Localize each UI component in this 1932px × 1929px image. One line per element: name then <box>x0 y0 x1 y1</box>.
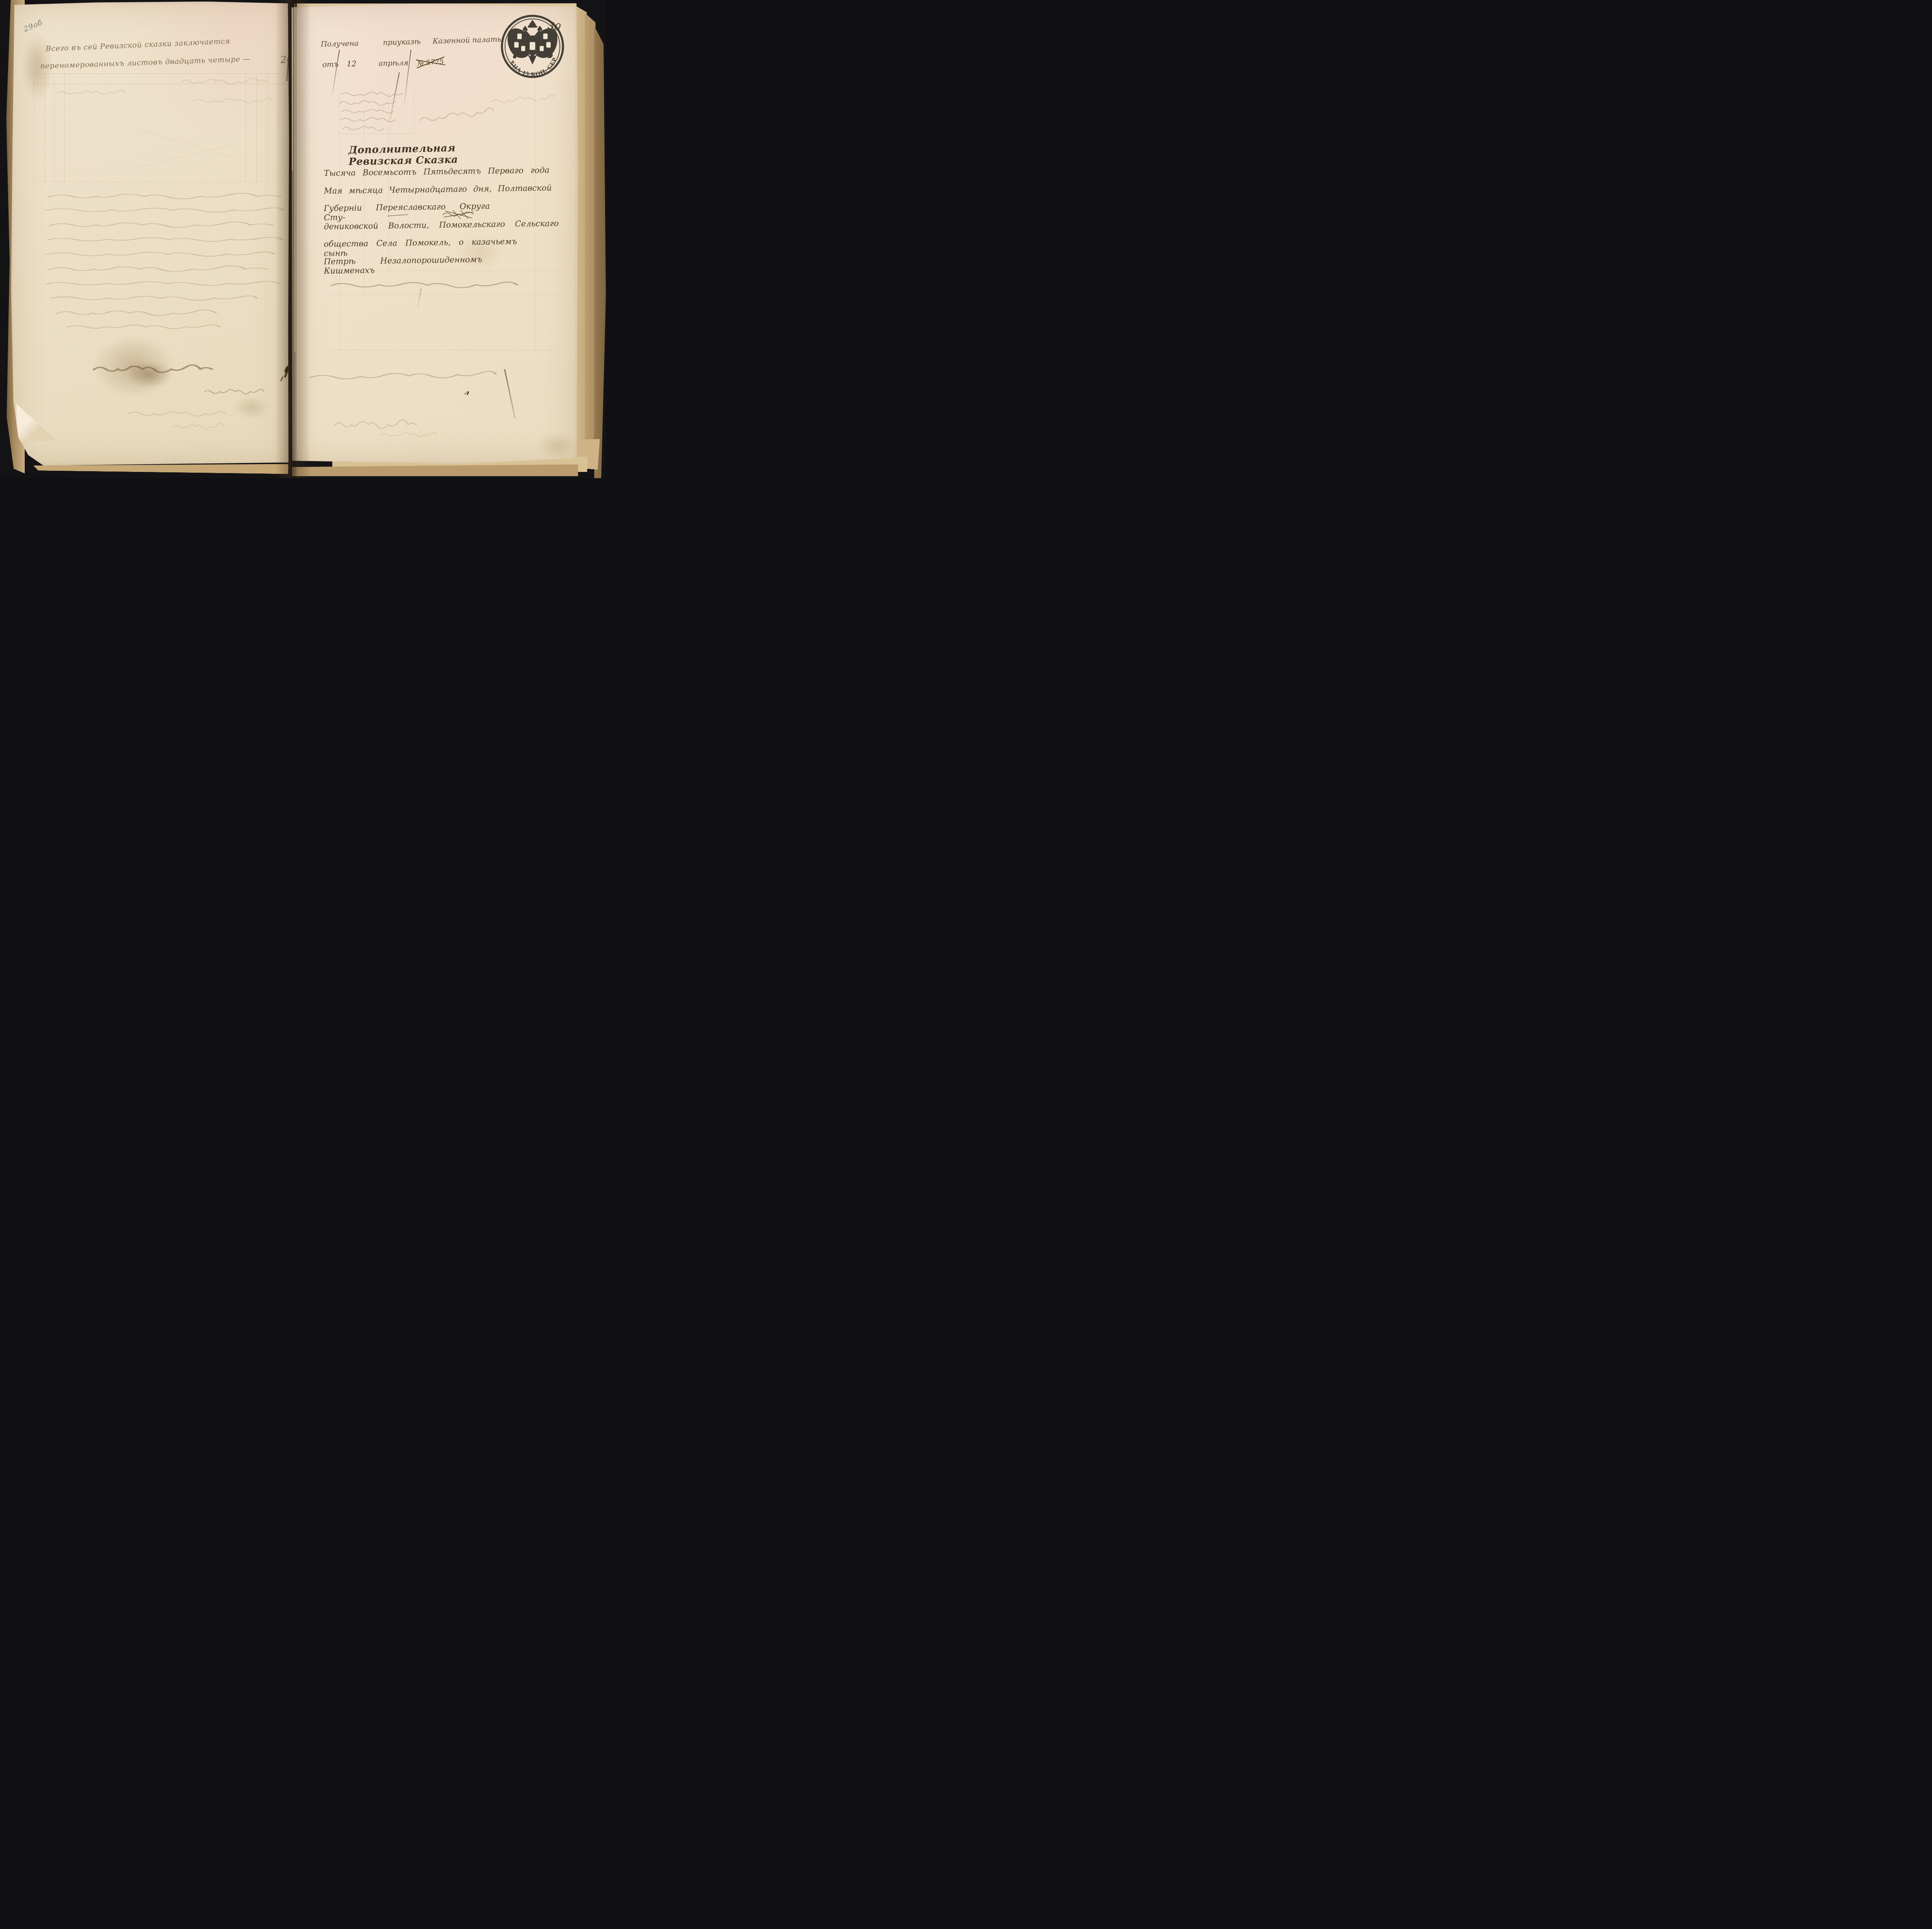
certification-line-2: переномерованныхъ листовъ двадцать четыр… <box>40 54 272 71</box>
bleedthrough-column-headers <box>337 90 414 133</box>
right-page: Получена приуказѣ Казенной палаты отъ 12… <box>291 3 578 465</box>
bleedthrough-text <box>192 97 273 105</box>
bleedthrough-signature <box>203 387 265 397</box>
right-book-edge-3 <box>594 21 606 478</box>
table-rule <box>257 73 257 182</box>
book-scan: 29об Всего въ сей Ревизской сказки заклю… <box>0 0 606 478</box>
table-rule <box>44 73 44 182</box>
bleedthrough-text <box>180 77 269 86</box>
table-rule <box>413 92 414 134</box>
table-rule <box>289 73 289 182</box>
bleedthrough-text <box>172 423 230 431</box>
bleedthrough-text <box>418 105 496 126</box>
pen-flourish <box>332 50 340 96</box>
crossed-out-scribble <box>441 209 476 220</box>
ink-stain <box>234 396 269 419</box>
ink-letter-mark: л <box>464 388 470 397</box>
bleedthrough-blot-line <box>91 364 215 374</box>
paper-tint <box>122 2 289 141</box>
document-heading: Дополнительная Ревизская Сказка <box>348 141 499 168</box>
crease-line <box>138 143 235 168</box>
receipt-month: апрѣля <box>379 59 409 68</box>
table-rule <box>267 73 268 182</box>
left-page: 29об Всего въ сей Ревизской сказки заклю… <box>10 2 289 466</box>
gutter-sheet-edge <box>292 8 293 170</box>
table-rule <box>278 73 279 182</box>
table-rule <box>327 295 558 295</box>
stain <box>538 432 577 459</box>
body-line: общества Села Помокель, о казачьемъ сынѣ <box>324 237 517 258</box>
crease-line <box>138 129 234 157</box>
table-rule <box>34 73 34 182</box>
certification-total: 24 <box>280 54 293 65</box>
receipt-prefix: отъ <box>322 60 339 69</box>
table-rule <box>535 81 536 352</box>
bleedthrough-signature <box>333 419 418 431</box>
gutter-sheet-edge <box>297 15 298 448</box>
table-rule <box>246 73 246 182</box>
bleedthrough-text <box>490 93 556 107</box>
folded-corner <box>15 402 58 442</box>
table-rule <box>33 182 294 182</box>
archival-pencil-mark: 29об <box>22 18 44 34</box>
bleedthrough-paragraph <box>42 192 289 329</box>
table-rule <box>338 134 415 134</box>
table-rule <box>33 73 293 74</box>
bleedthrough-text <box>56 89 126 97</box>
receipt-word-2: приуказѣ <box>383 37 421 47</box>
bleedthrough-signature <box>379 431 437 439</box>
price-stamp: ЦѢНА 15 КОП. СЕР. <box>499 13 566 80</box>
table-rule <box>327 350 558 350</box>
bleedthrough-line <box>306 369 499 383</box>
receipt-word-3: Казенной палаты <box>432 35 503 46</box>
table-rule <box>54 73 54 182</box>
receipt-word-1: Получена <box>321 39 359 49</box>
receipt-day: 12 <box>347 59 357 69</box>
receipt-crossed-number: № 5775 <box>417 58 444 68</box>
receipt-line-2: отъ 12 апрѣля № 5775 <box>322 56 485 69</box>
pen-flourish <box>417 288 422 310</box>
gutter-sheet-edge <box>294 4 295 352</box>
body-line: Мая мѣсяца Четырнадцатаго дня, Полтавско… <box>324 183 552 196</box>
bleedthrough-text <box>126 410 226 418</box>
certification-line-1: Всего въ сей Ревизской сказки заключаетс… <box>46 34 296 53</box>
body-line: Петрѣ Незалопорошиденномъ Кишменахъ <box>324 255 483 276</box>
bleedthrough-line <box>328 280 521 291</box>
ink-stroke <box>504 369 516 419</box>
